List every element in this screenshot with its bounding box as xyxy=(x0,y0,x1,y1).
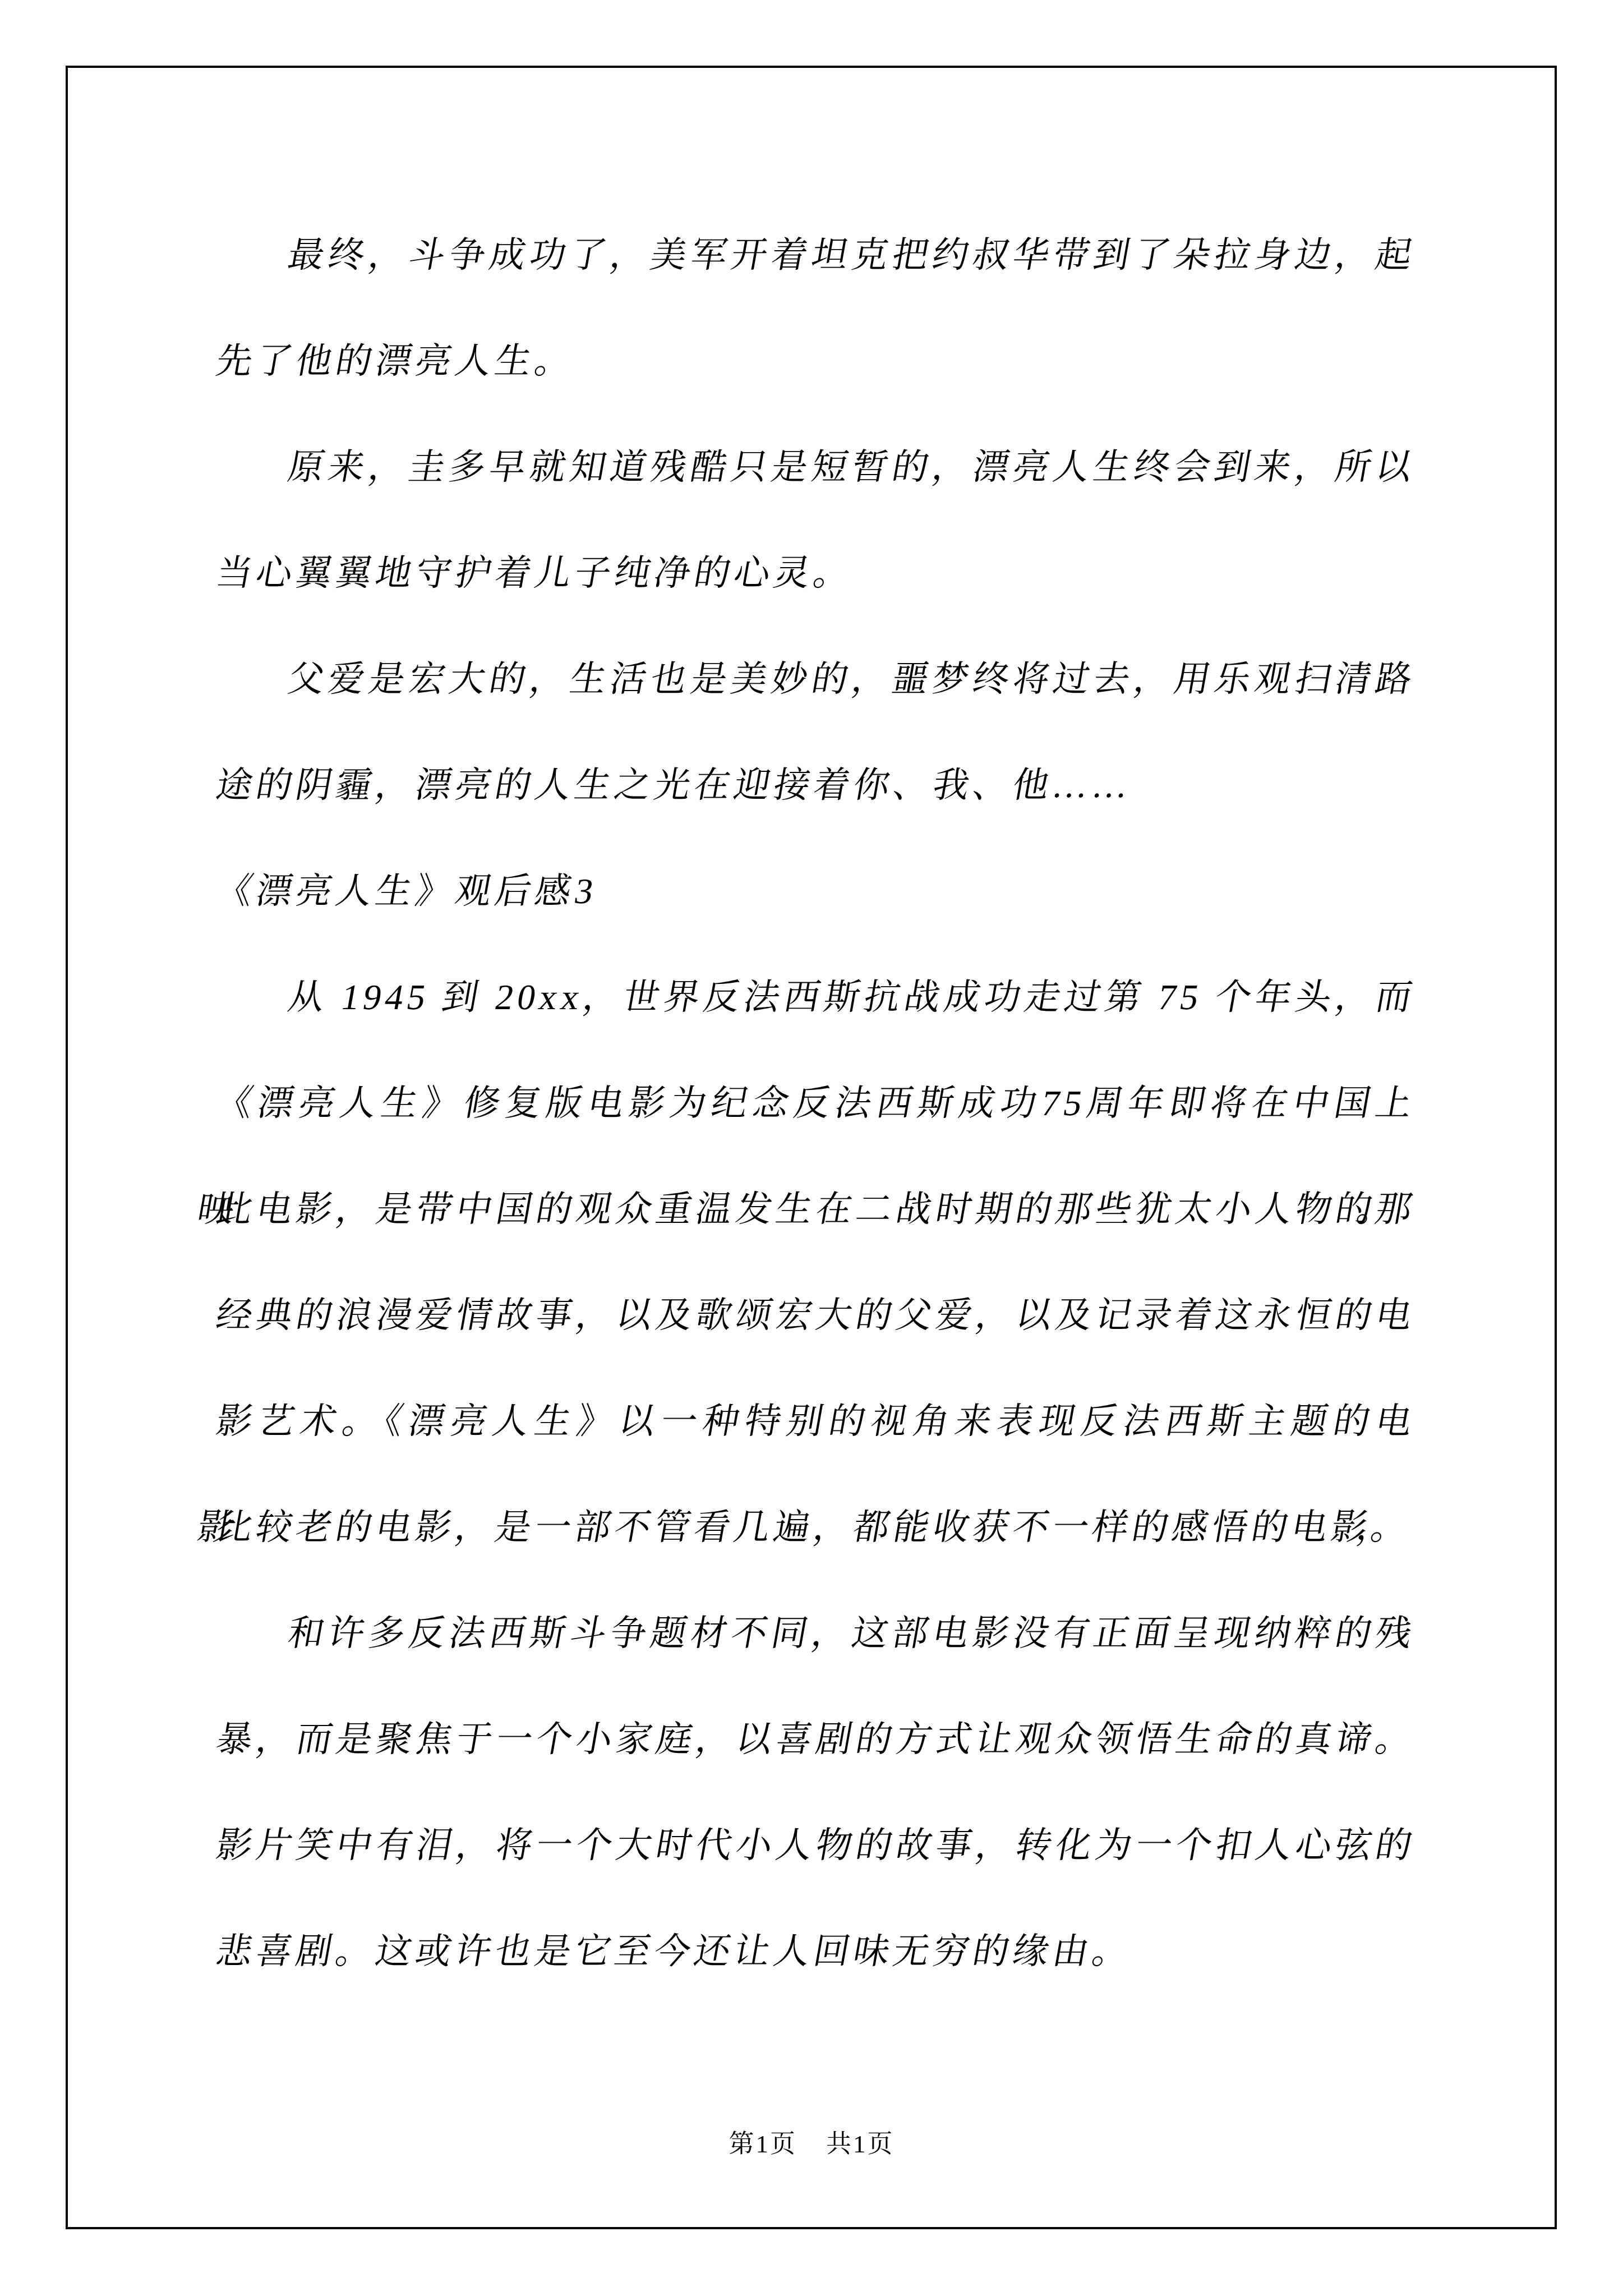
section-heading: 《漂亮人生》观后感3 xyxy=(208,838,1425,944)
text-line: 最终，斗争成功了，美军开着坦克把约叔华带到了朵拉身边，起 xyxy=(208,202,1425,308)
text-line: 此电影，是带中国的观众重温发生在二战时期的那些犹太小人物的那 xyxy=(208,1156,1425,1262)
document-page: 最终，斗争成功了，美军开着坦克把约叔华带到了朵拉身边，起 先了他的漂亮人生。 原… xyxy=(0,0,1623,2296)
footer-page-number: 第1页 xyxy=(728,2130,797,2158)
text-line: 和许多反法西斯斗争题材不同，这部电影没有正面呈现纳粹的残 xyxy=(208,1580,1425,1686)
footer-page-total: 共1页 xyxy=(826,2130,895,2158)
text-line: 比较老的电影，是一部不管看几遍，都能收获不一样的感悟的电影。 xyxy=(208,1474,1425,1580)
text-line: 当心翼翼地守护着儿子纯净的心灵。 xyxy=(208,520,1425,626)
page-footer: 第1页共1页 xyxy=(0,2125,1623,2163)
text-line: 经典的浪漫爱情故事，以及歌颂宏大的父爱，以及记录着这永恒的电 xyxy=(208,1262,1425,1368)
document-body: 最终，斗争成功了，美军开着坦克把约叔华带到了朵拉身边，起 先了他的漂亮人生。 原… xyxy=(212,202,1411,2004)
text-line: 从 1945 到 20xx，世界反法西斯抗战成功走过第 75 个年头，而 xyxy=(208,944,1425,1050)
text-line: 影艺术。《漂亮人生》以一种特别的视角来表现反法西斯主题的电影， xyxy=(208,1368,1425,1474)
text-line: 途的阴霾，漂亮的人生之光在迎接着你、我、他…… xyxy=(208,732,1425,838)
text-line: 父爱是宏大的，生活也是美妙的，噩梦终将过去，用乐观扫清路 xyxy=(208,626,1425,732)
text-line: 先了他的漂亮人生。 xyxy=(208,308,1425,414)
text-line: 悲喜剧。这或许也是它至今还让人回味无穷的缘由。 xyxy=(208,1898,1425,2004)
text-line: 《漂亮人生》修复版电影为纪念反法西斯成功75周年即将在中国上映。 xyxy=(208,1050,1425,1156)
text-line: 原来，圭多早就知道残酷只是短暂的，漂亮人生终会到来，所以 xyxy=(208,414,1425,520)
text-line: 暴，而是聚焦于一个小家庭，以喜剧的方式让观众领悟生命的真谛。 xyxy=(208,1686,1425,1792)
text-line: 影片笑中有泪，将一个大时代小人物的故事，转化为一个扣人心弦的 xyxy=(208,1792,1425,1898)
